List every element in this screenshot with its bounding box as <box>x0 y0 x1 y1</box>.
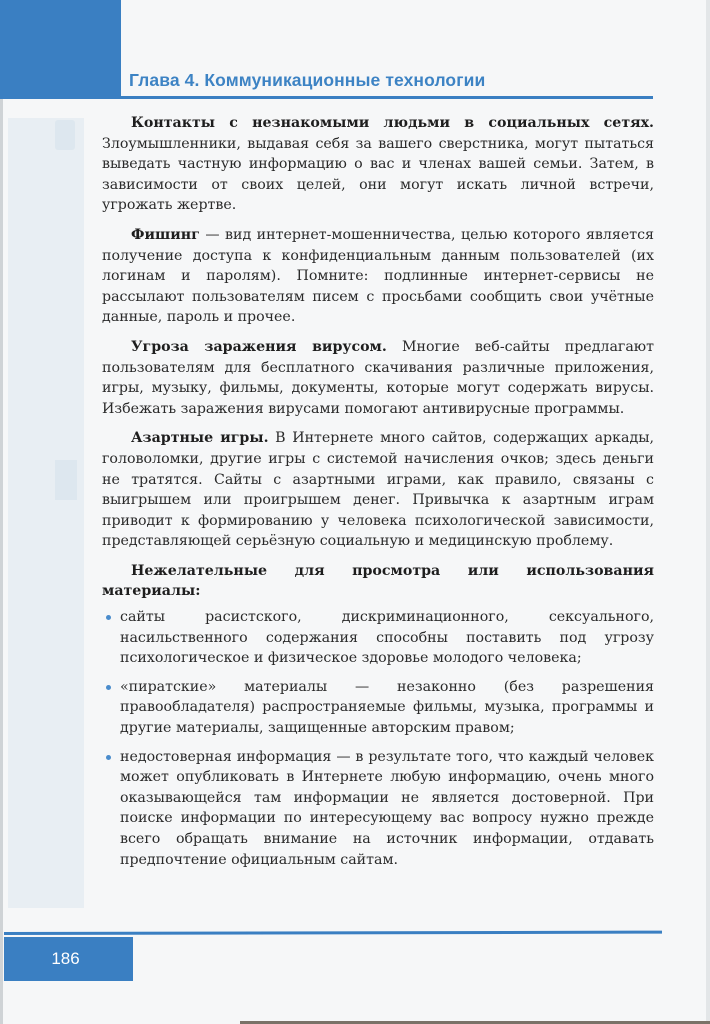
margin-mark <box>55 120 75 150</box>
bullet-icon <box>106 685 111 690</box>
paragraph-heading: Азартные игры. <box>131 430 269 446</box>
paragraph-gambling: Азартные игры. В Интернете много сайтов,… <box>102 428 654 552</box>
list-item-text: недостоверная информация — в результате … <box>120 749 654 868</box>
footer-divider <box>4 931 662 935</box>
page-body: Контакты с незнакомыми людьми в социальн… <box>102 113 654 878</box>
chapter-title: Глава 4. Коммуникационные технологии <box>129 70 485 91</box>
list-item-text: «пиратские» материалы — незаконно (без р… <box>120 679 654 736</box>
list-item: недостоверная информация — в результате … <box>120 747 654 871</box>
margin-mark <box>55 460 77 500</box>
list-item: «пиратские» материалы — незаконно (без р… <box>120 677 654 739</box>
header-divider <box>121 96 653 99</box>
bullet-list: сайты расистского, дискриминационного, с… <box>102 607 654 870</box>
header-color-block <box>0 0 121 99</box>
paragraph-heading: Контакты с незнакомыми людьми в социальн… <box>131 115 654 131</box>
paragraph-heading: Фишинг <box>131 227 200 243</box>
paragraph-social-contacts: Контакты с незнакомыми людьми в социальн… <box>102 113 654 216</box>
list-intro: Нежелательные для просмотра или использо… <box>102 561 654 602</box>
paragraph-text: В Интернете много сайтов, содержащих арк… <box>102 430 654 549</box>
margin-strip <box>8 118 84 908</box>
paragraph-text: Злоумышленники, выдавая себя за вашего с… <box>102 136 654 214</box>
bullet-icon <box>106 755 111 760</box>
page-right-edge <box>706 0 710 1024</box>
paragraph-heading: Угроза заражения вирусом. <box>131 339 387 355</box>
paragraph-virus-threat: Угроза заражения вирусом. Многие веб-сай… <box>102 337 654 419</box>
bullet-icon <box>106 615 111 620</box>
page-number: 186 <box>4 937 133 981</box>
list-item-text: сайты расистского, дискриминационного, с… <box>120 609 654 666</box>
page-left-edge <box>0 0 3 1024</box>
list-item: сайты расистского, дискриминационного, с… <box>120 607 654 669</box>
paragraph-phishing: Фишинг — вид интернет-мошенничества, цел… <box>102 225 654 328</box>
